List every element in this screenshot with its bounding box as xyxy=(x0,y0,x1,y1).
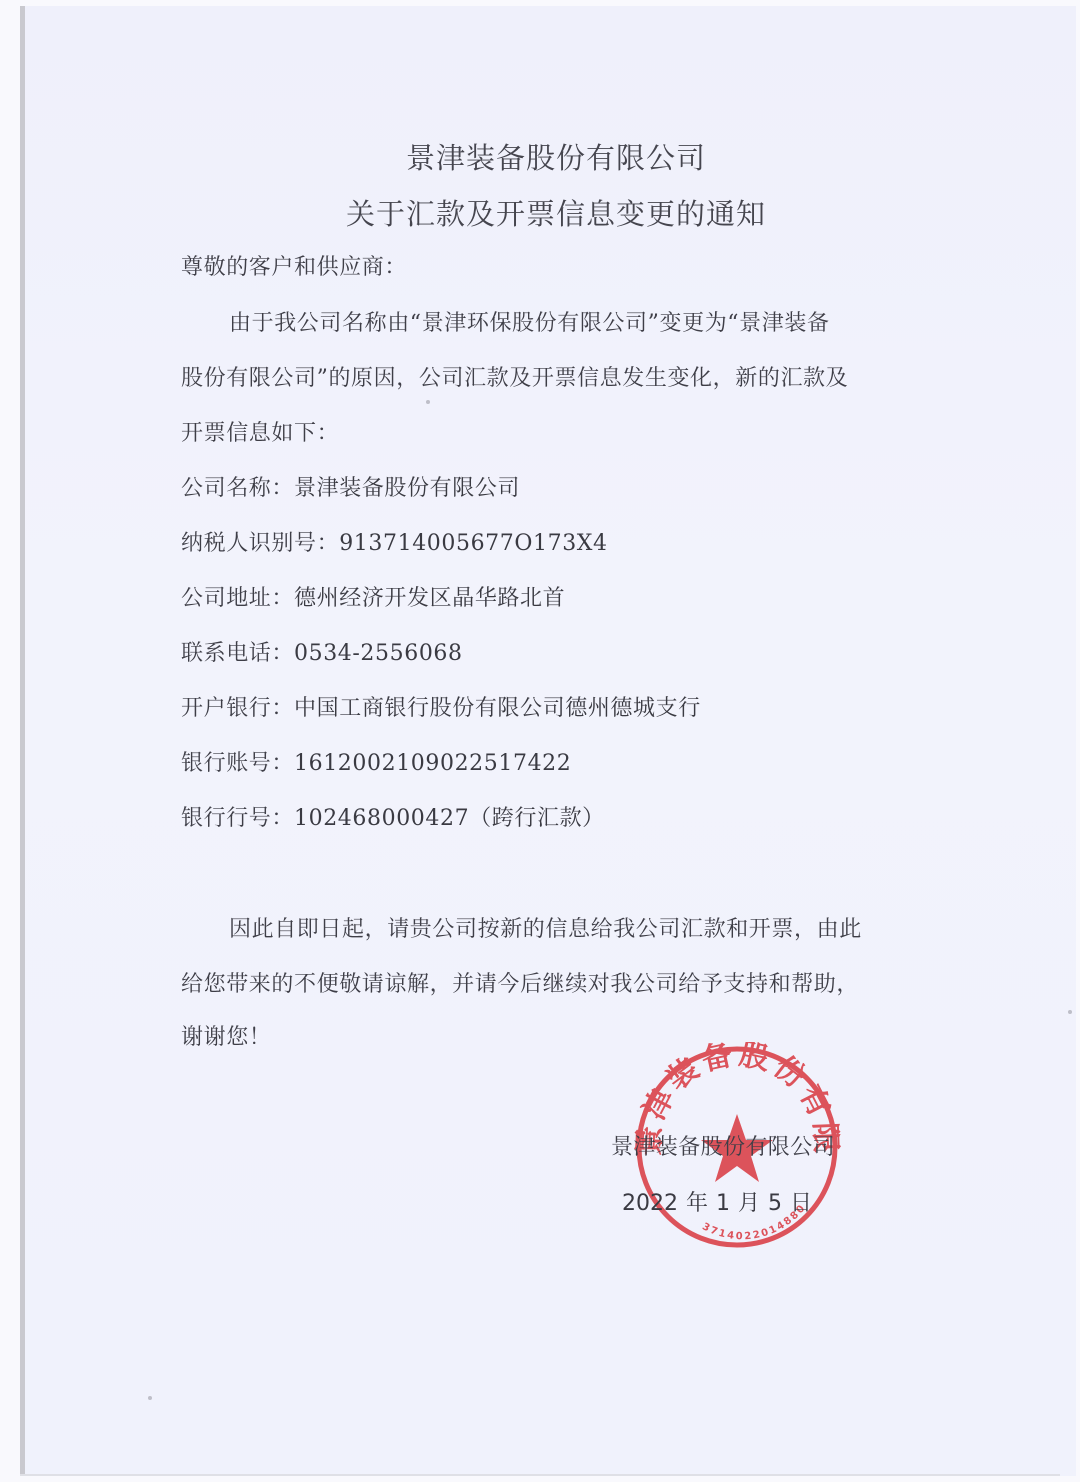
field-tax-id: 纳税人识别号：913714005677O173X4 xyxy=(181,526,608,557)
closing-paragraph-line-2: 给您带来的不便敬请谅解，并请今后继续对我公司给予支持和帮助， xyxy=(181,967,859,998)
closing-paragraph-line-3: 谢谢您！ xyxy=(181,1020,271,1051)
document-title-subject: 关于汇款及开票信息变更的通知 xyxy=(0,192,1080,233)
date-day-unit: 日 xyxy=(790,1191,812,1216)
signature-company: 景津装备股份有限公司 xyxy=(611,1130,835,1161)
field-label: 银行账号： xyxy=(181,751,294,776)
scanned-page: 景津装备股份有限公司 关于汇款及开票信息变更的通知 尊敬的客户和供应商： 由于我… xyxy=(0,0,1080,1482)
field-company-address: 公司地址：德州经济开发区晶华路北首 xyxy=(181,581,565,612)
scan-speck xyxy=(426,400,430,404)
salutation: 尊敬的客户和供应商： xyxy=(181,250,407,281)
field-label: 纳税人识别号： xyxy=(181,531,339,556)
field-bank: 开户银行：中国工商银行股份有限公司德州德城支行 xyxy=(181,691,701,722)
field-bank-account: 银行账号：1612002109022517422 xyxy=(181,746,571,777)
field-label: 公司地址： xyxy=(181,586,294,611)
field-label: 公司名称： xyxy=(181,476,294,501)
intro-paragraph-line-3: 开票信息如下： xyxy=(181,416,339,447)
field-company-name: 公司名称：景津装备股份有限公司 xyxy=(181,471,520,502)
field-value: 1612002109022517422 xyxy=(294,751,571,776)
closing-paragraph-line-1: 因此自即日起，请贵公司按新的信息给我公司汇款和开票，由此 xyxy=(229,912,862,943)
date-month-unit: 月 xyxy=(738,1191,760,1216)
date-day: 5 xyxy=(768,1191,782,1216)
field-bank-code: 银行行号：102468000427（跨行汇款） xyxy=(181,801,605,832)
field-label: 银行行号： xyxy=(181,806,294,831)
scan-speck xyxy=(148,1396,152,1400)
intro-paragraph-line-1: 由于我公司名称由“景津环保股份有限公司”变更为“景津装备 xyxy=(229,306,830,337)
field-label: 开户银行： xyxy=(181,696,294,721)
field-value: 德州经济开发区晶华路北首 xyxy=(294,586,565,611)
field-label: 联系电话： xyxy=(181,641,294,666)
date-month: 1 xyxy=(716,1191,730,1216)
intro-paragraph-line-2: 股份有限公司”的原因，公司汇款及开票信息发生变化，新的汇款及 xyxy=(181,361,848,392)
field-value: 102468000427（跨行汇款） xyxy=(294,806,605,831)
scan-speck xyxy=(1068,1010,1072,1014)
field-value: 景津装备股份有限公司 xyxy=(294,476,520,501)
document-title-company: 景津装备股份有限公司 xyxy=(0,136,1080,177)
field-value: 913714005677O173X4 xyxy=(339,531,607,556)
field-value: 0534-2556068 xyxy=(294,641,463,666)
date-year-unit: 年 xyxy=(686,1191,708,1216)
field-phone: 联系电话：0534-2556068 xyxy=(181,636,463,667)
date-year: 2022 xyxy=(622,1191,678,1216)
field-value: 中国工商银行股份有限公司德州德城支行 xyxy=(294,696,701,721)
signature-date: 2022年1月5日 xyxy=(622,1186,820,1217)
notice-document: 景津装备股份有限公司 关于汇款及开票信息变更的通知 尊敬的客户和供应商： 由于我… xyxy=(0,0,1080,1482)
